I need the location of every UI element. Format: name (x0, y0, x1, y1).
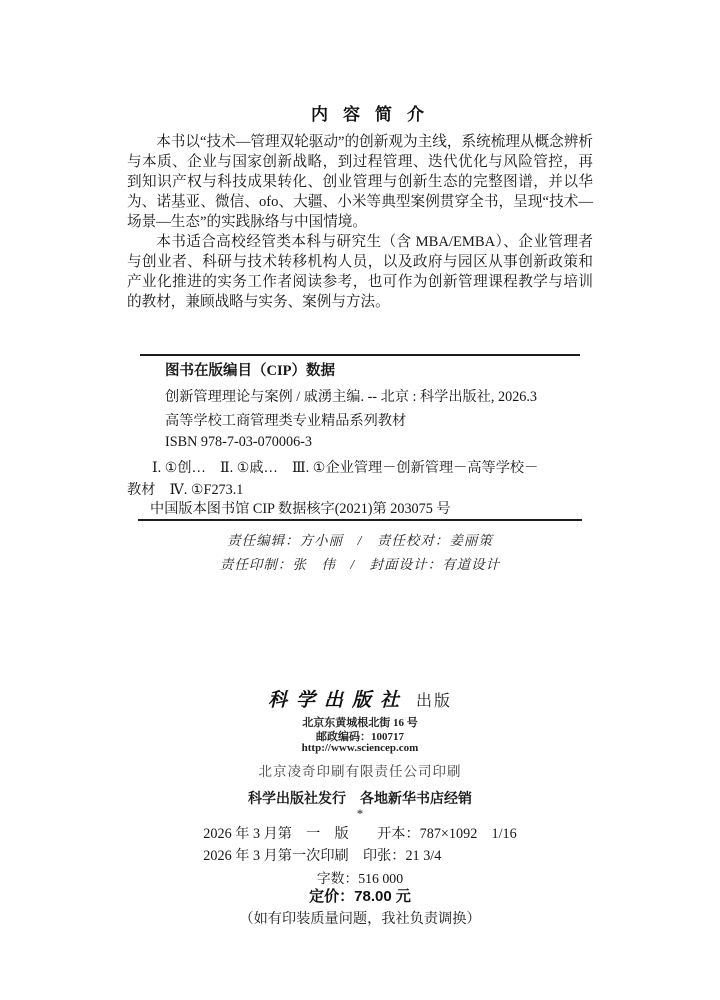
distribution-line: 科学出版社发行 各地新华书店经销 (0, 788, 720, 808)
cip-classification-line-2: 教材 Ⅳ. ①F273.1 (127, 479, 243, 499)
publisher-line: 科学出版社出版 (0, 685, 720, 712)
divider-top (140, 354, 580, 356)
summary-paragraph-1: 本书以“技术—管理双轮驱动”的创新观为主线，系统梳理从概念辨析与本质、企业与国家… (127, 132, 593, 232)
impression-line: 2026 年 3 月第一次印刷 印张：21 3/4 (203, 845, 516, 867)
cip-heading: 图书在版编目（CIP）数据 (165, 359, 335, 380)
price: 定价：78.00 元 (0, 885, 720, 906)
copyright-page: 内容简介 本书以“技术—管理双轮驱动”的创新观为主线，系统梳理从概念辨析与本质、… (0, 0, 720, 1000)
staff-print-design-line: 责任印制：张 伟 / 封面设计：有道设计 (0, 553, 720, 573)
publisher-website: http://www.sciencep.com (0, 742, 720, 754)
quality-notice: （如有印装质量问题，我社负责调换） (0, 908, 720, 928)
divider-bottom (138, 519, 582, 521)
page-title: 内容简介 (0, 100, 720, 125)
cip-isbn: ISBN 978-7-03-070006-3 (165, 434, 312, 451)
printer-line: 北京凌奇印刷有限责任公司印刷 (0, 760, 720, 780)
summary-paragraph-2: 本书适合高校经管类本科与研究生（含 MBA/EMBA）、企业管理者与创业者、科研… (127, 232, 593, 312)
publisher-logo: 科学出版社 (268, 690, 408, 711)
cip-title-line: 创新管理理论与案例 / 戚湧主编. -- 北京 : 科学出版社, 2026.3 (165, 386, 537, 406)
staff-editors-line: 责任编辑：方小丽 / 责任校对：姜丽策 (0, 529, 720, 549)
edition-line: 2026 年 3 月第 一 版 开本：787×1092 1/16 (203, 823, 516, 845)
cip-record-number: 中国版本图书馆 CIP 数据核字(2021)第 203075 号 (150, 498, 451, 518)
cip-classification-line-1: Ⅰ. ①创… Ⅱ. ①戚… Ⅲ. ①企业管理－创新管理－高等学校－ (152, 457, 538, 477)
edition-info: 2026 年 3 月第 一 版 开本：787×1092 1/16 2026 年 … (0, 823, 720, 867)
content-summary: 本书以“技术—管理双轮驱动”的创新观为主线，系统梳理从概念辨析与本质、企业与国家… (127, 132, 593, 312)
star-separator: * (0, 806, 720, 822)
publisher-suffix: 出版 (416, 693, 452, 710)
word-count: 字数：516 000 (0, 867, 720, 887)
cip-series-line: 高等学校工商管理类专业精品系列教材 (165, 410, 406, 430)
